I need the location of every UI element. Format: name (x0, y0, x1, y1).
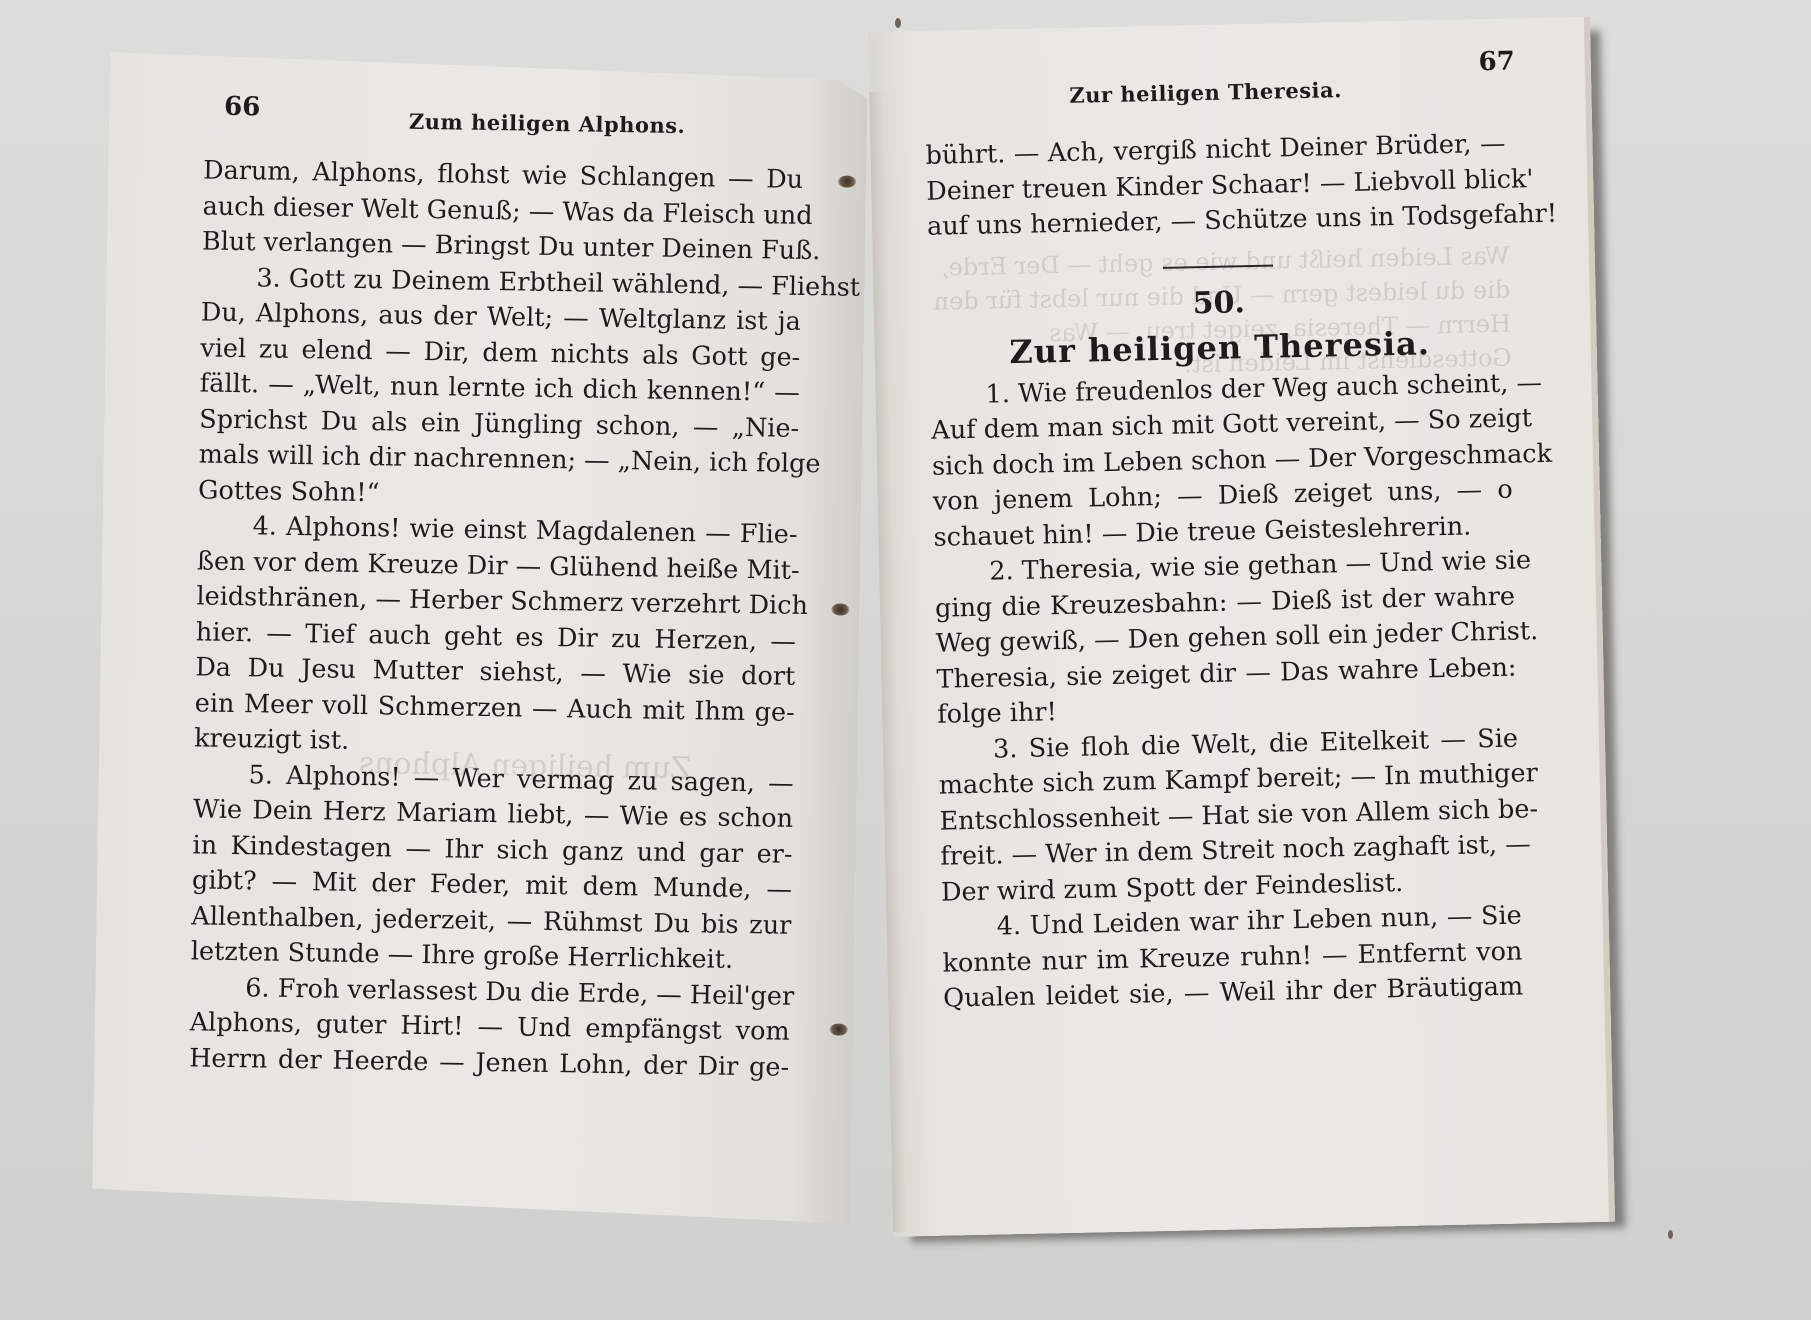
dust-speck (1668, 1230, 1673, 1239)
page-number: 66 (224, 92, 261, 123)
dust-speck (895, 18, 901, 28)
binding-hole (831, 603, 849, 615)
left-page: Zum heiligen Alphons 66 Zum heiligen Alp… (92, 52, 868, 1224)
spine-fold (869, 91, 923, 1231)
hymn-title: Zur heiligen Theresia. (929, 325, 1510, 373)
running-head: Zur heiligen Theresia. (1069, 72, 1585, 108)
hymn-text: Darum, Alphons, flohst wie Schlangen — D… (189, 153, 803, 1085)
hymn-number: 50. (928, 279, 1509, 327)
binding-hole (830, 1023, 848, 1035)
binding-hole (838, 175, 856, 187)
section-divider (1163, 264, 1273, 268)
running-head: Zum heiligen Alphons. (409, 109, 867, 141)
hymn-text: bührt. — Ach, vergiß nicht Deiner Brüder… (925, 127, 1523, 1017)
right-page: Was Leiden heißt und wie es geht — Der E… (868, 17, 1615, 1237)
